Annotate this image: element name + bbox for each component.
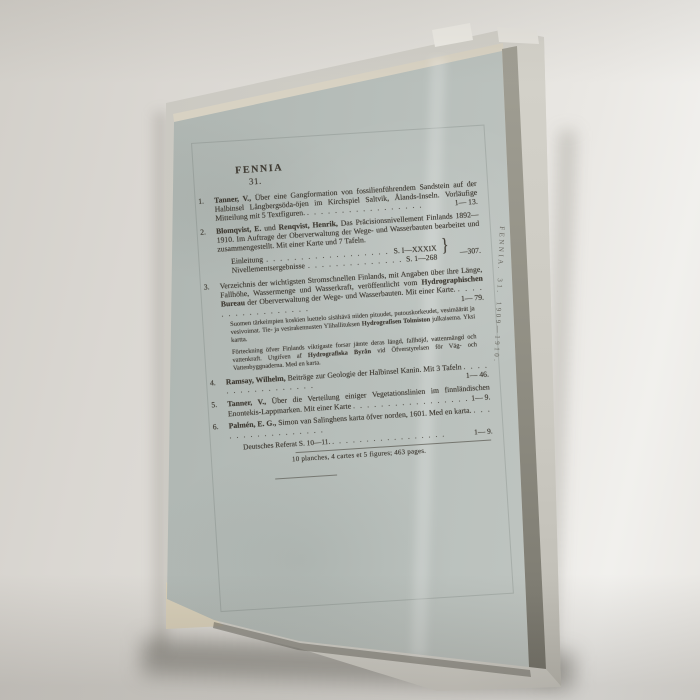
book-photo: FENNIA. 31. 1909—1910. FENNIA 31. 1.Tann… — [0, 0, 700, 700]
subtable-total-pages: —307. — [460, 246, 482, 257]
entry-number: 6. — [212, 422, 218, 432]
subnote-text: Deutsches Referat S. 10—11. — [243, 437, 333, 452]
brace-glyph: } — [441, 241, 449, 253]
entry-number: 4. — [210, 378, 216, 388]
entry-page-range: 1— 46. — [466, 370, 490, 381]
entry-page-range: 1— 79. — [461, 292, 485, 303]
entry-number: 3. — [203, 282, 209, 292]
entry-number: 2. — [200, 227, 206, 237]
entry-number: 5. — [211, 400, 217, 410]
subtable-page-range: S. 1—268 — [406, 253, 438, 264]
entry-page-range: 1— 9. — [471, 392, 491, 403]
entry-page-range: 1— 13. — [454, 197, 478, 208]
entry-page-range: 1— 9. — [474, 427, 493, 437]
entry-number: 1. — [198, 196, 204, 206]
toc-list: 1.Tanner, V., Über eine Gangformation vo… — [197, 178, 493, 453]
table-of-contents: FENNIA 31. 1.Tanner, V., Über eine Gangf… — [195, 150, 495, 484]
